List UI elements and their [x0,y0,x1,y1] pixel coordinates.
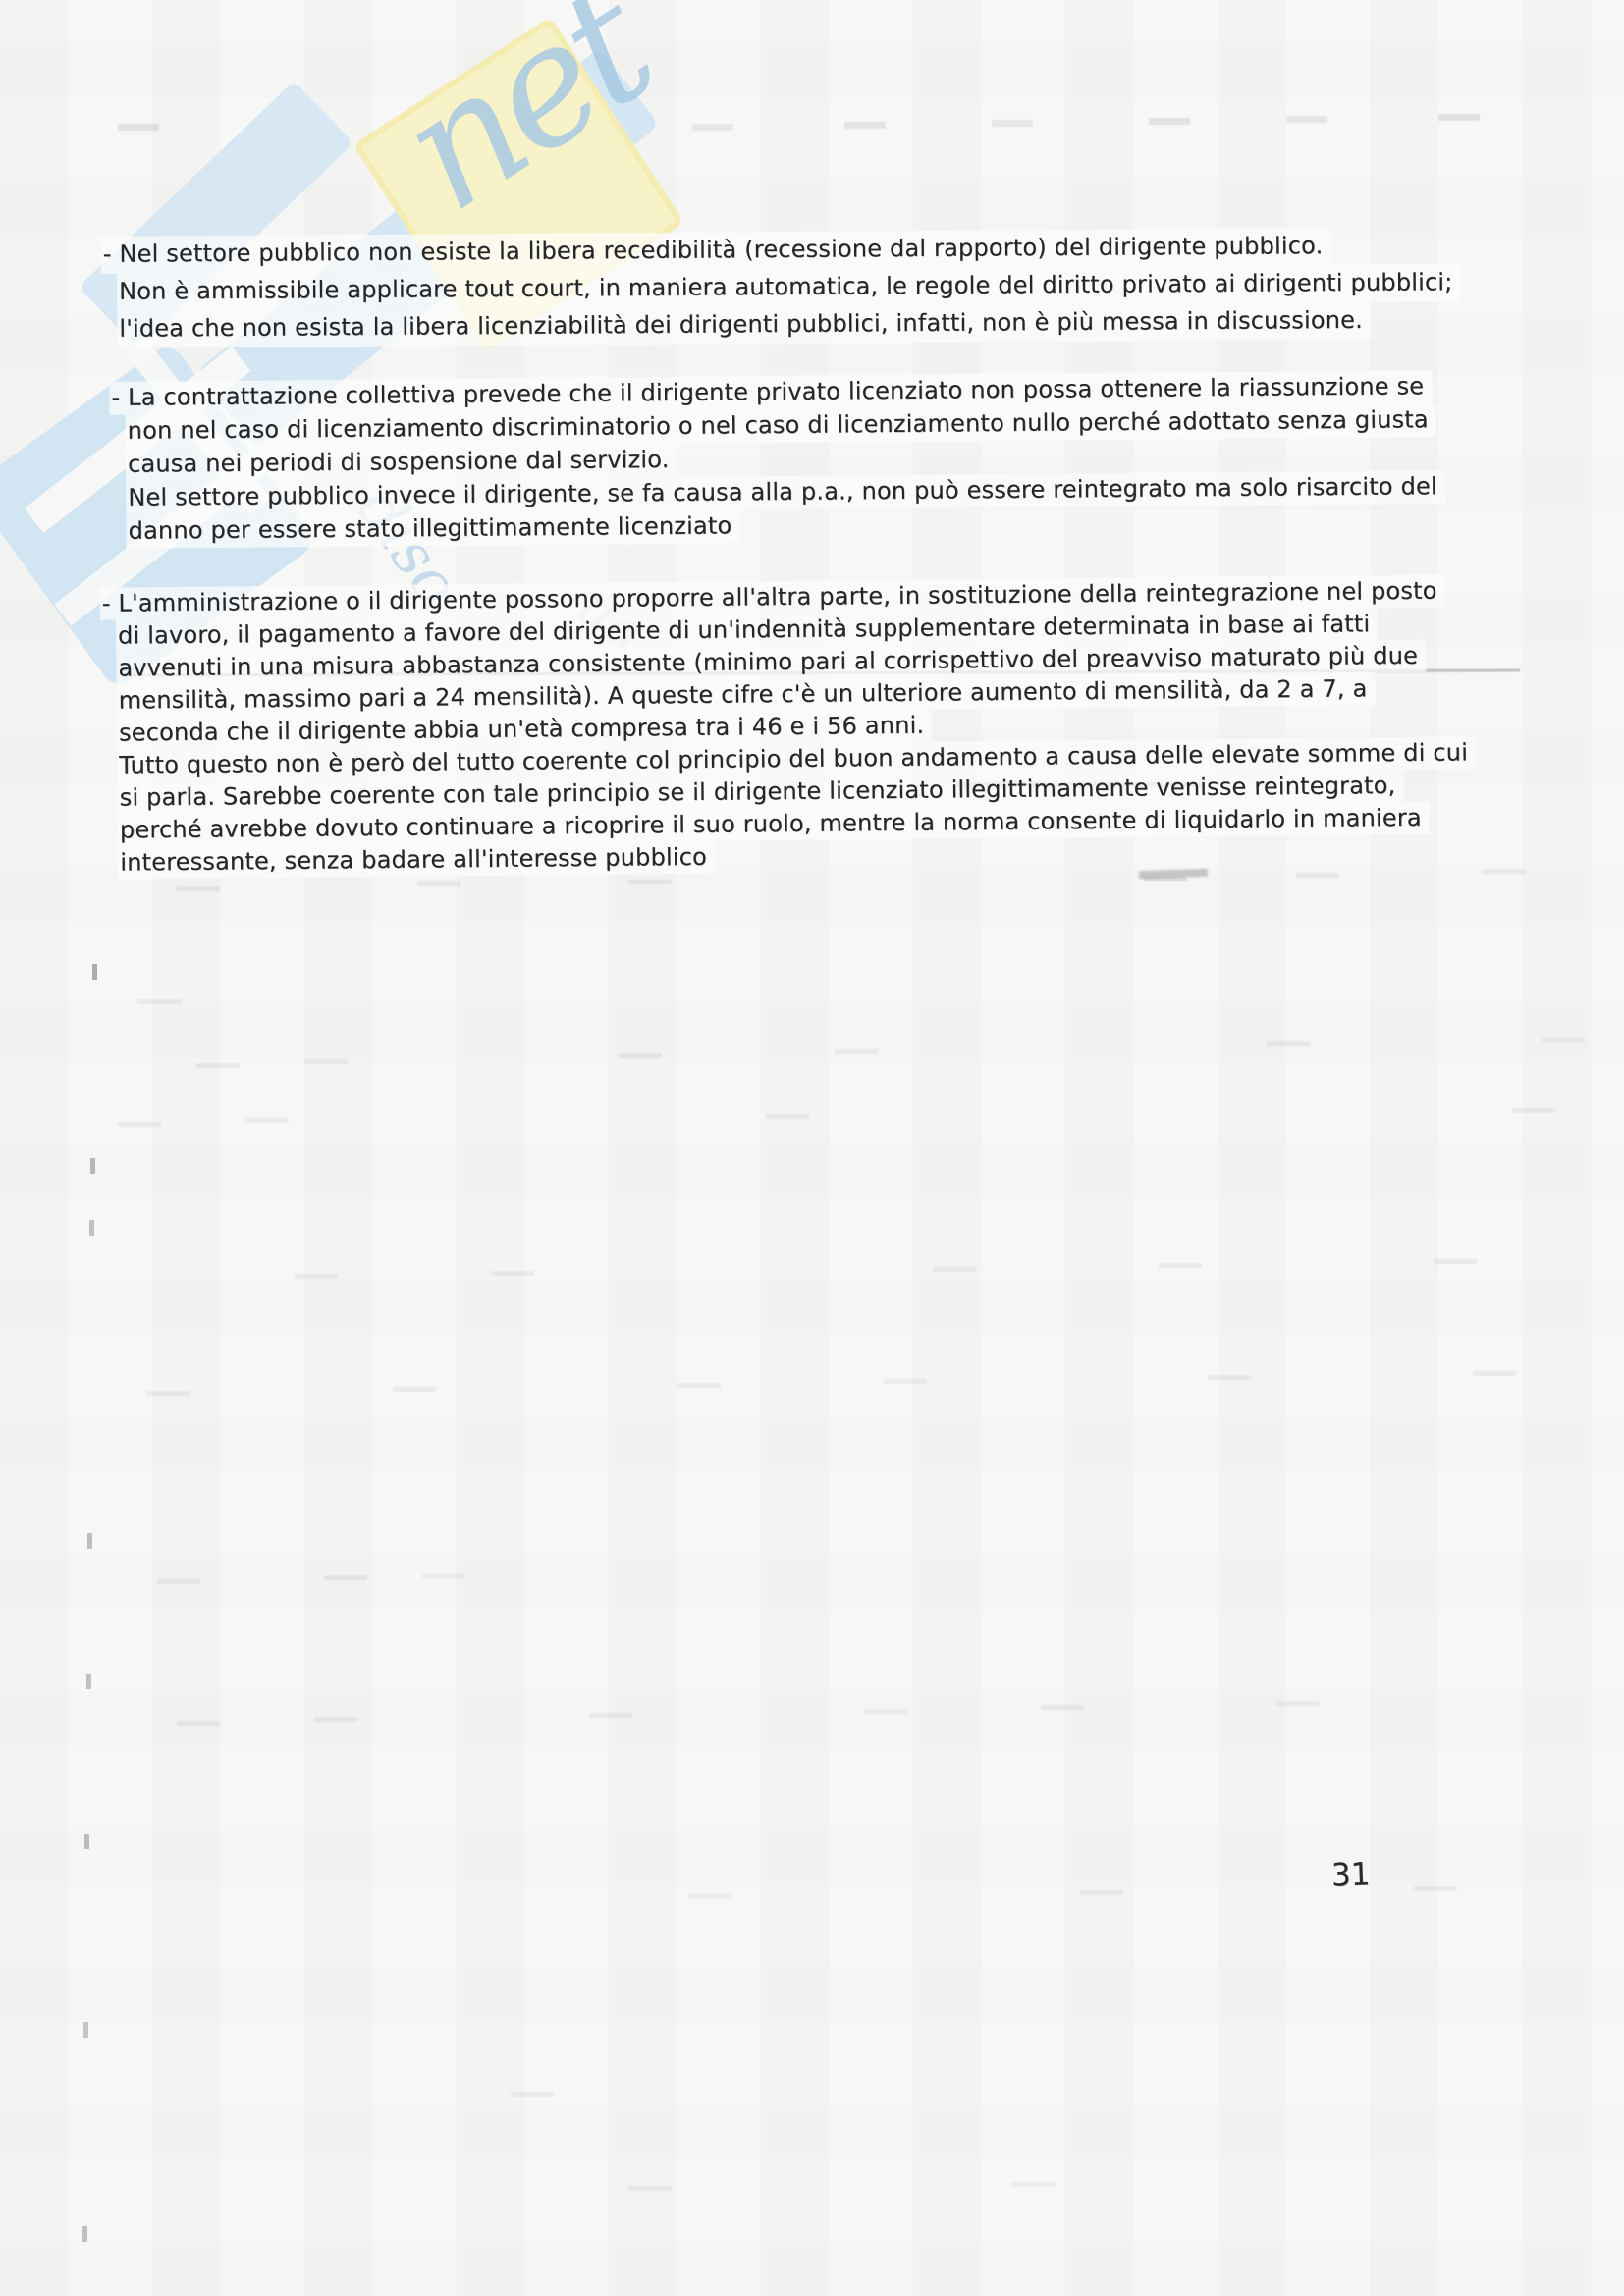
handwritten-line: danno per essere stato illegittimamente … [126,509,739,548]
handwritten-content: - Nel settore pubblico non esiste la lib… [0,0,1624,2296]
handwritten-line: causa nei periodi di sospensione dal ser… [126,444,677,482]
note-paragraph-2: - La contrattazione collettiva prevede c… [109,370,1445,549]
note-paragraph-1: - Nel settore pubblico non esiste la lib… [101,227,1461,348]
page-number: 31 [1330,1856,1371,1893]
note-paragraph-3: - L'amministrazione o il dirigente posso… [100,574,1478,879]
scanned-notes-page: net diso ua - Nel settore pubblico non e… [0,0,1624,2296]
handwritten-line: l'idea che non esista la libera licenzia… [117,302,1371,348]
handwritten-line: interessante, senza badare all'interesse… [118,841,715,880]
